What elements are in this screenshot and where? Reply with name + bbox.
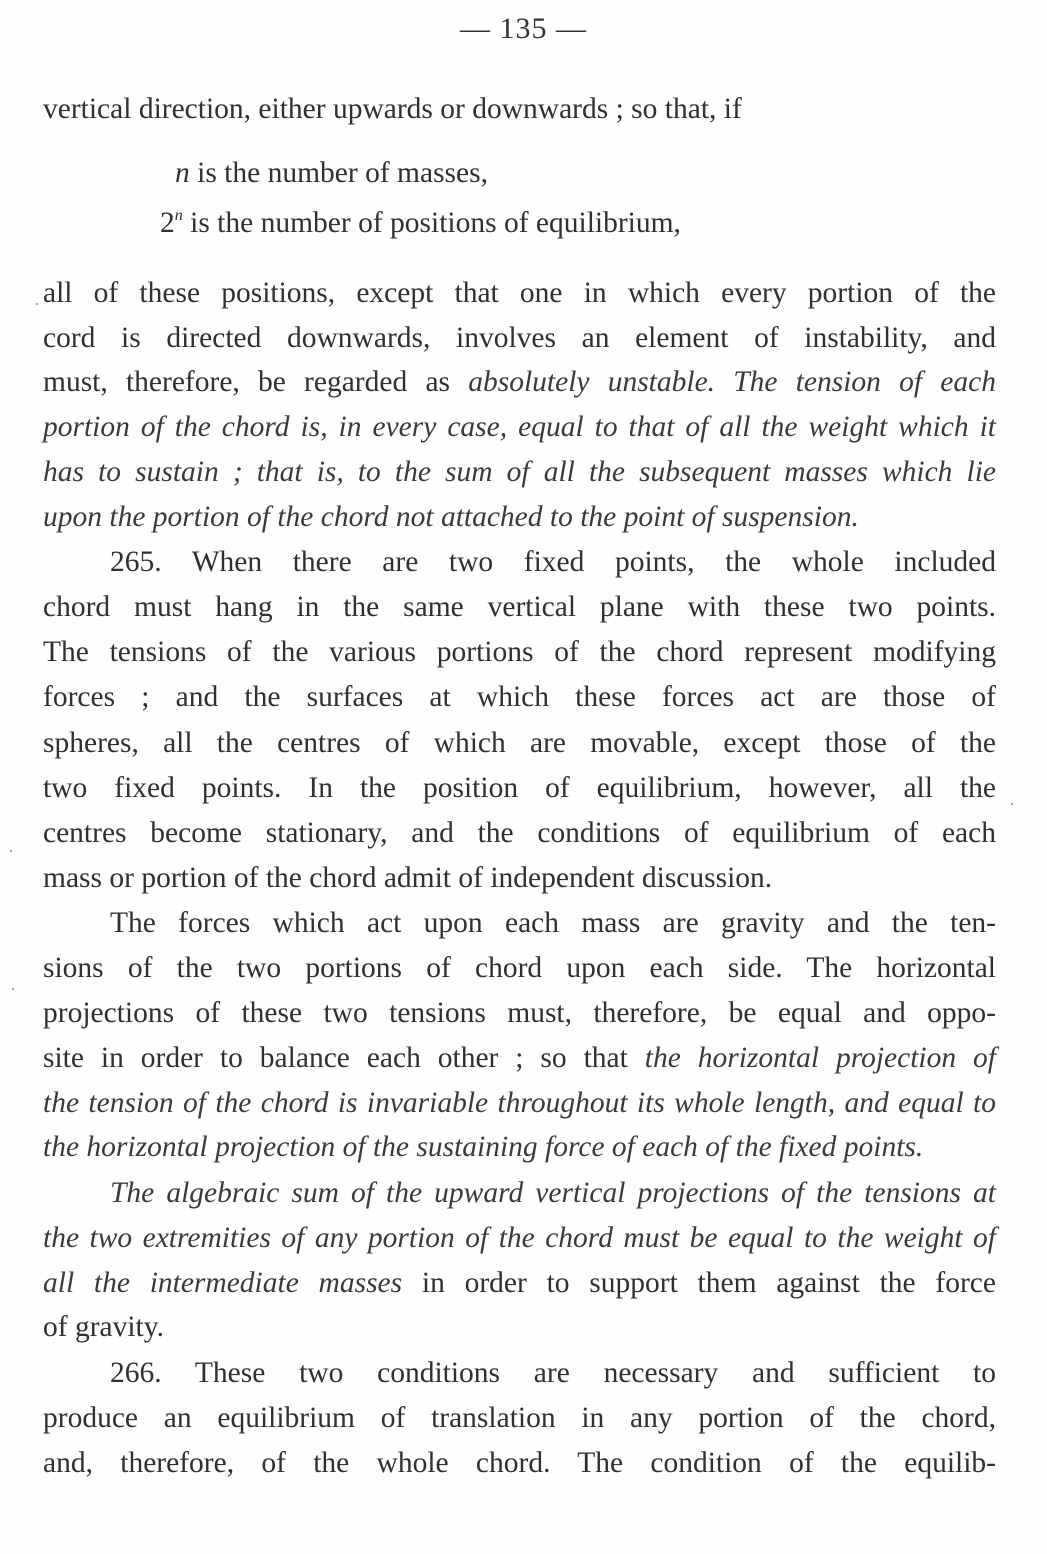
page-number: — 135 —: [0, 12, 1047, 46]
formula-line-n-masses: n is the number of masses,: [175, 156, 488, 190]
text-line-italic: portion of the chord is, in every case, …: [43, 410, 996, 444]
text-roman: in order to support them against the for…: [402, 1267, 996, 1299]
formula-line-positions: 2n is the number of positions of equilib…: [160, 206, 681, 240]
scanned-page: — 135 — vertical direction, either upwar…: [0, 0, 1047, 1554]
paragraph-first-line: The forces which act upon each mass are …: [110, 906, 996, 940]
paragraph-first-line-italic: The algebraic sum of the upward vertical…: [110, 1176, 996, 1210]
text-line: cord is directed downwards, involves an …: [43, 321, 996, 355]
section-266-first-line: 266. These two conditions are necessary …: [110, 1356, 996, 1390]
formula-text: is the number of masses,: [190, 157, 488, 189]
formula-base: 2: [160, 207, 175, 239]
text-line-italic: upon the portion of the chord not attach…: [43, 500, 996, 534]
text-line: centres become stationary, and the condi…: [43, 816, 996, 850]
section-265-first-line: 265. When there are two fixed points, th…: [110, 545, 996, 579]
text-line: of gravity.: [43, 1310, 996, 1344]
text-line: site in order to balance each other ; so…: [43, 1041, 996, 1075]
text-line: two fixed points. In the position of equ…: [43, 771, 996, 805]
scan-speck: [12, 988, 14, 990]
text-line: forces ; and the surfaces at which these…: [43, 680, 996, 714]
scan-speck: [10, 850, 12, 852]
text-roman: site in order to balance each other ; so…: [43, 1042, 645, 1074]
text-line: The tensions of the various portions of …: [43, 635, 996, 669]
text-line-italic: the horizontal projection of the sustain…: [43, 1130, 996, 1164]
text-line: mass or portion of the chord admit of in…: [43, 861, 996, 895]
text-line: all the intermediate masses in order to …: [43, 1266, 996, 1300]
formula-variable: n: [175, 157, 190, 189]
text-line: chord must hang in the same vertical pla…: [43, 590, 996, 624]
text-line: vertical direction, either upwards or do…: [43, 92, 742, 126]
scan-speck: [1011, 803, 1013, 805]
formula-exponent: n: [175, 207, 183, 224]
scan-speck: [36, 303, 38, 305]
text-line: and, therefore, of the whole chord. The …: [43, 1446, 996, 1480]
text-line-italic: the tension of the chord is invariable t…: [43, 1086, 996, 1120]
text-line-italic: the two extremities of any portion of th…: [43, 1221, 996, 1255]
formula-text: is the number of positions of equilibriu…: [183, 207, 681, 239]
text-line-italic: has to sustain ; that is, to the sum of …: [43, 455, 996, 489]
text-line: sions of the two portions of chord upon …: [43, 951, 996, 985]
text-line: projections of these two tensions must, …: [43, 996, 996, 1030]
text-italic: all the intermediate masses: [43, 1267, 402, 1299]
text-line: spheres, all the centres of which are mo…: [43, 726, 996, 760]
text-line: all of these positions, except that one …: [43, 276, 996, 310]
text-italic: absolutely unstable. The tension of each: [468, 366, 996, 398]
text-roman: must, therefore, be regarded as: [43, 366, 468, 398]
text-italic: the horizontal projection of: [645, 1042, 996, 1074]
text-line: produce an equilibrium of translation in…: [43, 1401, 996, 1435]
text-line: must, therefore, be regarded as absolute…: [43, 365, 996, 399]
